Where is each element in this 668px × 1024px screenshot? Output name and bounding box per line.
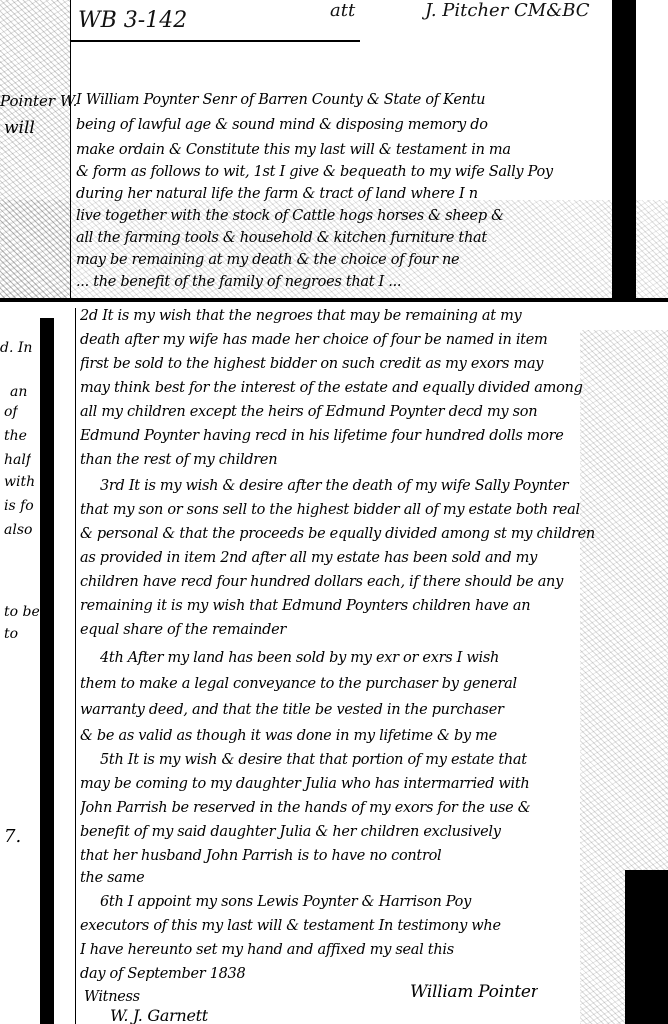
will-line: that my son or sons sell to the highest … [80, 498, 660, 522]
will-line: day of September 1838 [80, 962, 660, 986]
margin-fragment: to be [4, 604, 40, 620]
will-line: as provided in item 2nd after all my est… [80, 546, 660, 570]
header-fragment: J. Pitcher CM&BC [425, 0, 590, 21]
will-line: all my children except the heirs of Edmu… [80, 400, 660, 424]
will-line: & be as valid as though it was done in m… [80, 724, 660, 748]
will-line: executors of this my last will & testame… [80, 914, 660, 938]
will-line: I William Poynter Senr of Barren County … [76, 88, 614, 112]
will-line: 6th I appoint my sons Lewis Poynter & Ha… [100, 890, 660, 914]
will-line: & personal & that the proceeds be equall… [80, 522, 660, 546]
margin-fragment: with [4, 474, 35, 490]
will-line: warranty deed, and that the title be ves… [80, 698, 660, 722]
margin-fragment: to [4, 626, 18, 642]
will-line: make ordain & Constitute this my last wi… [76, 138, 614, 162]
margin-fragment: is fo [4, 498, 34, 514]
will-line: during her natural life the farm & tract… [76, 182, 614, 206]
will-line: than the rest of my children [80, 448, 660, 472]
will-line: benefit of my said daughter Julia & her … [80, 820, 660, 844]
will-line: death after my wife has made her choice … [80, 328, 660, 352]
margin-fragment: an [10, 384, 27, 400]
will-line: equal share of the remainder [80, 618, 660, 642]
will-line: may be coming to my daughter Julia who h… [80, 772, 660, 796]
will-line: Edmund Poynter having recd in his lifeti… [80, 424, 660, 448]
margin-label: will [4, 118, 35, 138]
document-page: WB 3-142 att J. Pitcher CM&BC Pointer W.… [0, 0, 668, 1024]
binding-shadow-lower [40, 318, 54, 1024]
will-line: first be sold to the highest bidder on s… [80, 352, 660, 376]
will-line: them to make a legal conveyance to the p… [80, 672, 660, 696]
will-line: 4th After my land has been sold by my ex… [100, 646, 660, 670]
header-fragment: att [330, 0, 355, 21]
will-line: I have hereunto set my hand and affixed … [80, 938, 660, 962]
will-line: 3rd It is my wish & desire after the dea… [100, 474, 660, 498]
will-line: children have recd four hundred dollars … [80, 570, 660, 594]
page-division [0, 298, 668, 302]
will-line: & form as follows to wit, 1st I give & b… [76, 160, 614, 184]
will-line: the same [80, 866, 660, 890]
will-line: that her husband John Parrish is to have… [80, 844, 660, 868]
margin-fragment: of [4, 404, 18, 420]
margin-fragment: half [4, 452, 31, 468]
witness-signature: W. J. Garnett [110, 1004, 208, 1024]
margin-fragment: d. In [0, 340, 32, 356]
will-line: being of lawful age & sound mind & dispo… [76, 113, 614, 137]
margin-label: Pointer W. [0, 92, 77, 110]
will-line: live together with the stock of Cattle h… [76, 204, 614, 228]
margin-rule-lower [75, 308, 76, 1024]
will-line: may think best for the interest of the e… [80, 376, 660, 400]
header-underline [70, 40, 360, 42]
margin-rule-upper [70, 0, 71, 300]
book-reference: WB 3-142 [78, 8, 187, 33]
will-line: 2d It is my wish that the negroes that m… [80, 304, 610, 328]
will-line: John Parrish be reserved in the hands of… [80, 796, 660, 820]
testator-signature: William Pointer [410, 980, 538, 1004]
margin-fragment: also [4, 522, 32, 538]
margin-fragment: 7. [4, 826, 21, 847]
margin-fragment: the [4, 428, 27, 444]
will-line: all the farming tools & household & kitc… [76, 226, 614, 250]
will-line: remaining it is my wish that Edmund Poyn… [80, 594, 660, 618]
will-line: may be remaining at my death & the choic… [76, 248, 614, 272]
binding-shadow-upper [612, 0, 636, 300]
will-line: 5th It is my wish & desire that that por… [100, 748, 660, 772]
will-line: ... the benefit of the family of negroes… [76, 270, 614, 294]
